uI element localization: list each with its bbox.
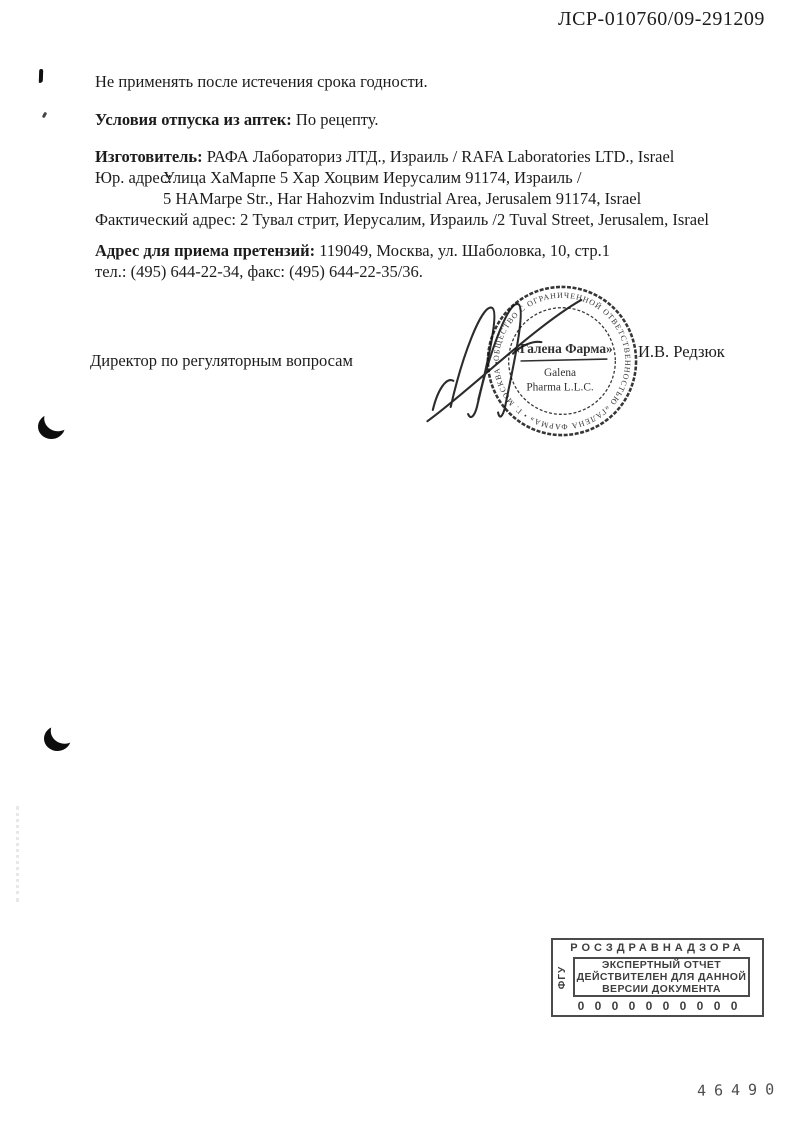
claims-address-label: Адрес для приема претензий: (95, 241, 315, 260)
registration-number: ЛСР-010760/09-291209 (558, 8, 765, 31)
margin-ink-mark (39, 69, 43, 83)
expiry-note: Не применять после истечения срока годно… (95, 71, 428, 92)
actual-address-label: Фактический адрес: (95, 210, 236, 229)
perforation-dots (16, 806, 22, 902)
actual-address-value: 2 Тувал стрит, Иерусалим, Израиль /2 Tuv… (240, 210, 709, 229)
stamp-zeros-row: 0 0 0 0 0 0 0 0 0 0 (553, 997, 762, 1015)
signer-name: И.В. Редзюк (638, 341, 725, 362)
page-stamp-number: 46490 (697, 1080, 782, 1099)
phone-fax-line: тел.: (495) 644-22-34, факс: (495) 644-2… (95, 261, 610, 282)
legal-address-line: Юр. адрес: Улица ХаМарпе 5 Хар Хоцвим Ие… (95, 167, 709, 188)
legal-address-label: Юр. адрес: (95, 167, 163, 188)
dispensing-conditions: Условия отпуска из аптек: По рецепту. (95, 109, 379, 130)
roszdravnadzor-approval-stamp: РОСЗДРАВНАДЗОРА ФГУ ЭКСПЕРТНЫЙ ОТЧЕТ ДЕЙ… (551, 938, 764, 1017)
scanned-document-page: ЛСР-010760/09-291209 Не применять после … (0, 0, 800, 1124)
signer-title: Директор по регуляторным вопросам (90, 350, 353, 371)
legal-address-value-en: 5 HAMarpe Str., Har Hahozvim Industrial … (163, 188, 709, 209)
handwritten-signature (414, 280, 596, 429)
punch-hole-shadow (37, 413, 66, 441)
stamp-side-text: ФГУ (553, 957, 573, 997)
dispensing-value: По рецепту. (296, 110, 379, 129)
manufacturer-line: Изготовитель: РАФА Лабораториз ЛТД., Изр… (95, 146, 709, 167)
stamp-org-name: РОСЗДРАВНАДЗОРА (553, 940, 762, 957)
claims-address-value: 119049, Москва, ул. Шаболовка, 10, стр.1 (319, 241, 610, 260)
manufacturer-value: РАФА Лабораториз ЛТД., Израиль / RAFA La… (207, 147, 675, 166)
punch-hole-shadow (44, 726, 72, 752)
dispensing-label: Условия отпуска из аптек: (95, 110, 292, 129)
stamp-line-2: ДЕЙСТВИТЕЛЕН ДЛЯ ДАННОЙ (575, 971, 748, 983)
manufacturer-label: Изготовитель: (95, 147, 203, 166)
stamp-line-1: ЭКСПЕРТНЫЙ ОТЧЕТ (575, 959, 748, 971)
margin-dot-mark (42, 112, 47, 119)
stamp-inner-box: ЭКСПЕРТНЫЙ ОТЧЕТ ДЕЙСТВИТЕЛЕН ДЛЯ ДАННОЙ… (573, 957, 750, 997)
claims-block: Адрес для приема претензий: 119049, Моск… (95, 240, 610, 282)
claims-address-line: Адрес для приема претензий: 119049, Моск… (95, 240, 610, 261)
manufacturer-block: Изготовитель: РАФА Лабораториз ЛТД., Изр… (95, 146, 709, 230)
legal-address-value-ru: Улица ХаМарпе 5 Хар Хоцвим Иерусалим 911… (163, 167, 581, 188)
stamp-line-3: ВЕРСИИ ДОКУМЕНТА (575, 983, 748, 995)
actual-address-line: Фактический адрес: 2 Тувал стрит, Иеруса… (95, 209, 709, 230)
